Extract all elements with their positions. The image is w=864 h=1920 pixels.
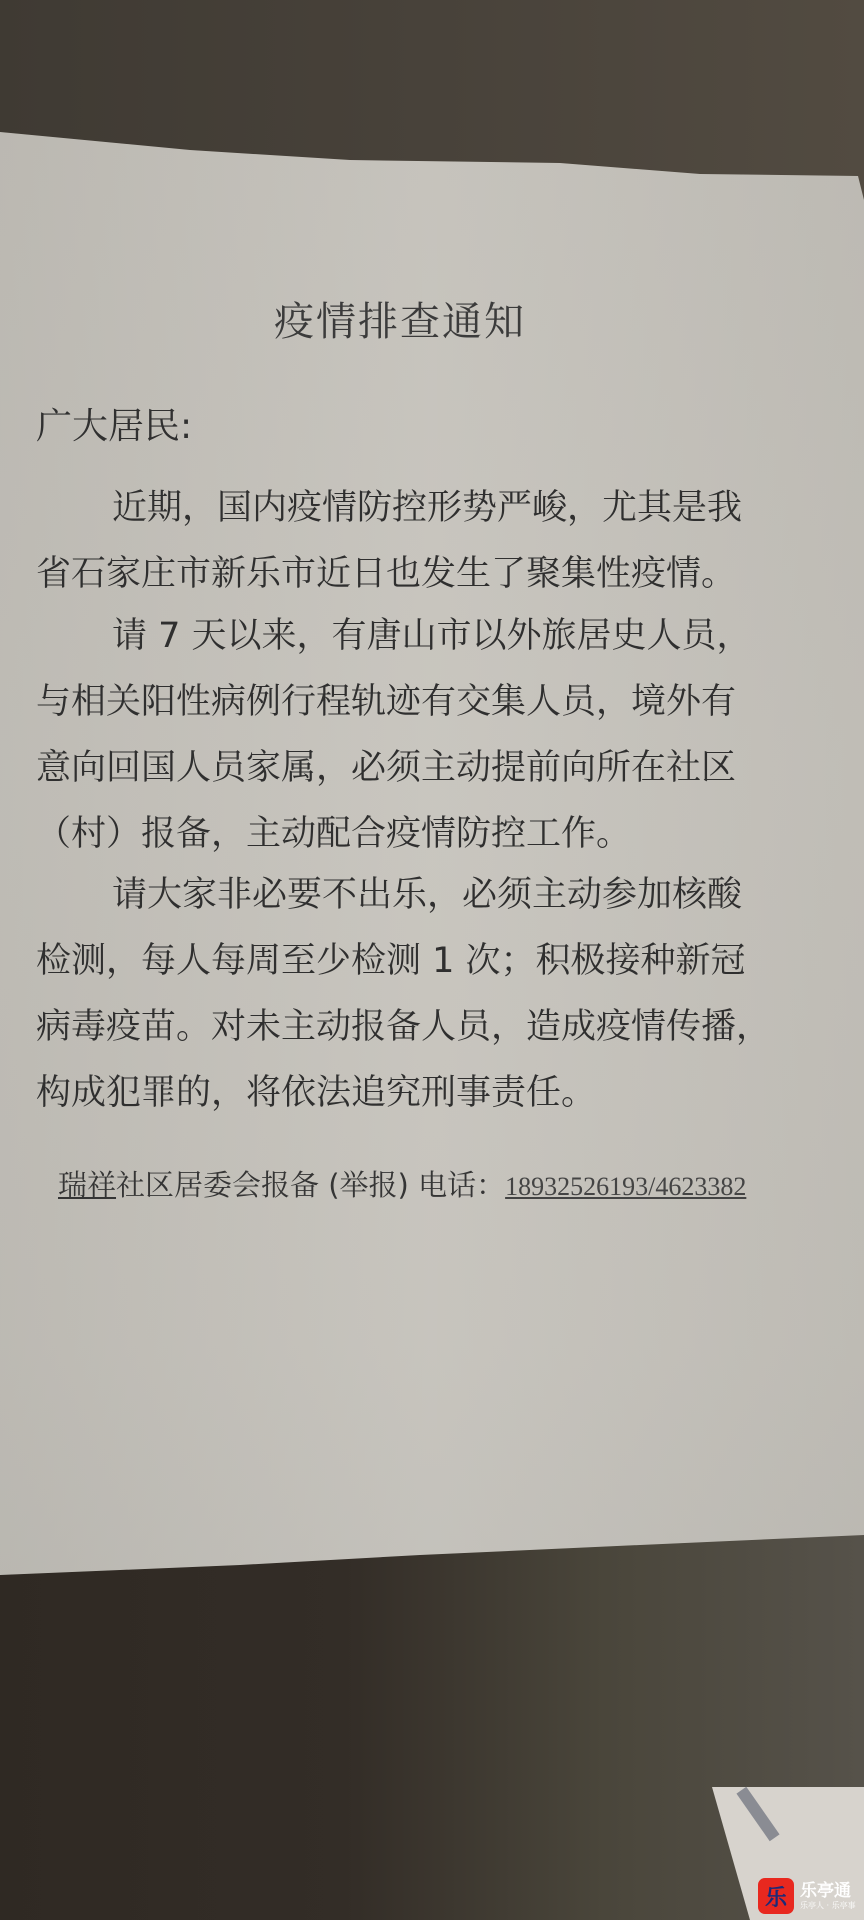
paragraph-line: 病毒疫苗。对未主动报备人员，造成疫情传播， xyxy=(36,994,836,1060)
paragraph-line: 与相关阳性病例行程轨迹有交集人员，境外有 xyxy=(36,669,836,735)
paragraph-line: （村）报备，主动配合疫情防控工作。 xyxy=(36,801,836,867)
paragraph-line: 请大家非必要不出乐，必须主动参加核酸 xyxy=(36,862,836,928)
paragraph-3: 请大家非必要不出乐，必须主动参加核酸 检测，每人每周至少检测 1 次；积极接种新… xyxy=(36,862,836,1126)
community-name: 瑞祥 xyxy=(58,1168,116,1202)
notice-title: 疫情排查通知 xyxy=(274,290,526,347)
paragraph-line: 检测，每人每周至少检测 1 次；积极接种新冠 xyxy=(36,928,836,994)
watermark: 乐 乐亭通 乐亭人 · 乐亭事 xyxy=(758,1878,856,1914)
paragraph-line: 请 7 天以来，有唐山市以外旅居史人员， xyxy=(36,603,836,669)
paragraph-line: 省石家庄市新乐市近日也发生了聚集性疫情。 xyxy=(36,541,836,607)
watermark-text: 乐亭通 乐亭人 · 乐亭事 xyxy=(800,1881,856,1911)
watermark-slogan: 乐亭人 · 乐亭事 xyxy=(800,1901,856,1911)
watermark-logo-icon: 乐 xyxy=(758,1878,794,1914)
paragraph-line: 意向回国人员家属，必须主动提前向所在社区 xyxy=(36,735,836,801)
paragraph-line: 构成犯罪的，将依法追究刑事责任。 xyxy=(36,1060,836,1126)
watermark-name: 乐亭通 xyxy=(800,1881,856,1901)
contact-phone: 18932526193/4623382 xyxy=(505,1172,746,1201)
notice-greeting: 广大居民: xyxy=(36,398,192,449)
contact-label: 社区居委会报备 (举报) 电话： xyxy=(116,1168,505,1202)
paragraph-1: 近期，国内疫情防控形势严峻，尤其是我 省石家庄市新乐市近日也发生了聚集性疫情。 xyxy=(36,475,836,607)
paragraph-2: 请 7 天以来，有唐山市以外旅居史人员， 与相关阳性病例行程轨迹有交集人员，境外… xyxy=(36,603,836,867)
paragraph-line: 近期，国内疫情防控形势严峻，尤其是我 xyxy=(36,475,836,541)
contact-line: 瑞祥社区居委会报备 (举报) 电话：18932526193/4623382 xyxy=(58,1163,746,1204)
